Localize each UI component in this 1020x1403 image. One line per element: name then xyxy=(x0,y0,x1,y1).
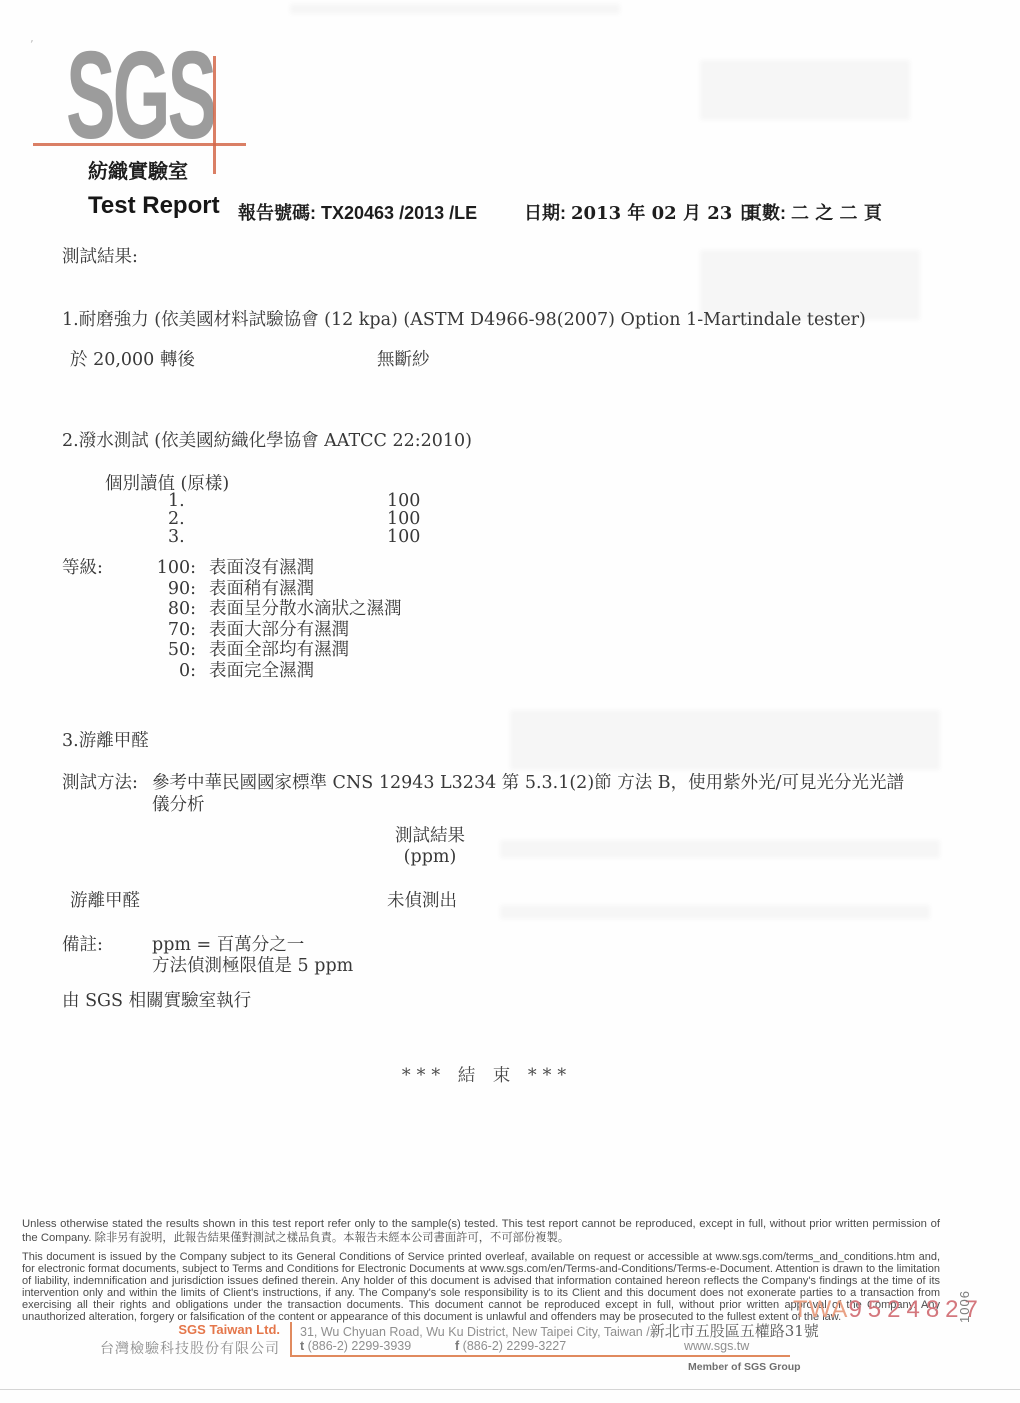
section1-result: 無斷紗 xyxy=(377,346,430,371)
bleedthrough-smudge xyxy=(510,710,940,770)
section1-title: 1.耐磨強力 (依美國材料試驗協會 (12 kpa) (ASTM D4966-9… xyxy=(62,306,866,331)
grade-score: 0: xyxy=(124,661,196,682)
reading-no: 2. xyxy=(168,509,185,529)
test-report-page: ’ SGS 紡織實驗室 Test Report 報告號碼: TX20463 /2… xyxy=(0,0,1020,1403)
result-header-text: 測試結果 xyxy=(330,826,530,847)
note-line2: 方法偵測極限值是 5 ppm xyxy=(152,952,353,977)
website: www.sgs.tw xyxy=(684,1339,749,1353)
grade-score: 50: xyxy=(124,640,196,661)
grade-score: 100: xyxy=(124,558,196,579)
report-number-label: 報告號碼: xyxy=(238,203,316,223)
reading-value: 100 xyxy=(387,491,420,511)
bleedthrough-smudge xyxy=(700,60,910,120)
bleedthrough-smudge xyxy=(290,4,620,14)
bleedthrough-smudge xyxy=(500,905,930,919)
report-date-label: 日期: xyxy=(524,203,566,223)
company-name-zh: 台灣檢驗科技股份有限公司 xyxy=(60,1338,280,1358)
result-column-header: 測試結果 (ppm) xyxy=(330,826,530,868)
grade-desc: 表面沒有濕潤 xyxy=(196,558,402,579)
report-pages-label: 頁數: xyxy=(744,203,786,223)
footer-rule xyxy=(290,1355,790,1357)
section3-title: 3.游離甲醛 xyxy=(62,727,149,752)
report-date-value: 2013 年 02 月 23 日 xyxy=(571,203,757,224)
lab-name: 紡織實驗室 xyxy=(88,155,188,184)
grade-desc: 表面大部分有濕潤 xyxy=(196,620,402,641)
tel-value: (886-2) 2299-3939 xyxy=(308,1339,412,1353)
tel-label: t xyxy=(300,1339,304,1353)
telephone: t (886-2) 2299-3939 xyxy=(300,1339,411,1353)
grade-score: 80: xyxy=(124,599,196,620)
grade-label: 等級: xyxy=(62,558,124,579)
grade-row: 0: 表面完全濕潤 xyxy=(62,661,402,682)
company-name-en: SGS Taiwan Ltd. xyxy=(90,1322,280,1337)
grade-row: 等級: 100: 表面沒有濕潤 xyxy=(62,558,402,579)
report-title: Test Report xyxy=(88,192,220,220)
member-of-group: Member of SGS Group xyxy=(688,1361,801,1373)
note-label: 備註: xyxy=(62,931,103,956)
grade-row: 90: 表面稍有濕潤 xyxy=(62,579,402,600)
fax-value: (886-2) 2299-3227 xyxy=(463,1339,567,1353)
section1-condition: 於 20,000 轉後 xyxy=(70,346,195,371)
section2-title: 2.潑水測試 (依美國紡織化學協會 AATCC 22:2010) xyxy=(62,427,472,452)
report-date: 日期: 2013 年 02 月 23 日 xyxy=(524,199,757,225)
fax-label: f xyxy=(455,1339,459,1353)
logo-crosshair-vertical xyxy=(213,56,216,174)
reading-value: 100 xyxy=(387,527,420,547)
reading-no: 3. xyxy=(168,527,185,547)
method-text-line1: 參考中華民國國家標準 CNS 12943 L3234 第 5.3.1(2)節 方… xyxy=(152,769,904,794)
page-bottom-edge xyxy=(0,1389,1020,1390)
performed-by: 由 SGS 相關實驗室執行 xyxy=(62,987,251,1012)
grade-desc: 表面呈分散水滴狀之濕潤 xyxy=(196,599,402,620)
footer-divider xyxy=(290,1322,292,1356)
fax: f (886-2) 2299-3227 xyxy=(455,1339,566,1353)
end-mark: *** 結 束 *** xyxy=(287,1062,687,1087)
grade-row: 80: 表面呈分散水滴狀之濕潤 xyxy=(62,599,402,620)
grade-row: 70: 表面大部分有濕潤 xyxy=(62,620,402,641)
report-pages: 頁數: 二 之 二 頁 xyxy=(744,199,882,225)
company-address: 31, Wu Chyuan Road, Wu Ku District, New … xyxy=(300,1320,819,1341)
grade-scale: 等級: 100: 表面沒有濕潤 90: 表面稍有濕潤 80: 表面呈分散水滴狀之… xyxy=(62,558,402,682)
stamp-prefix: TWA xyxy=(793,1296,848,1323)
scan-speck: ’ xyxy=(30,38,34,51)
company-address-en: 31, Wu Chyuan Road, Wu Ku District, New … xyxy=(300,1325,650,1339)
grade-desc: 表面全部均有濕潤 xyxy=(196,640,402,661)
reading-value: 100 xyxy=(387,509,420,529)
sgs-logo: SGS xyxy=(66,34,214,158)
method-text-line2: 儀分析 xyxy=(152,791,205,816)
analyte-name: 游離甲醛 xyxy=(70,887,140,912)
report-pages-value: 二 之 二 頁 xyxy=(791,203,882,224)
disclaimer-primary: Unless otherwise stated the results show… xyxy=(22,1218,940,1246)
report-number: 報告號碼: TX20463 /2013 /LE xyxy=(238,199,477,225)
logo-crosshair-horizontal xyxy=(33,143,246,146)
grade-score: 70: xyxy=(124,620,196,641)
side-page-number: 1006 xyxy=(942,1282,986,1326)
grade-row: 50: 表面全部均有濕潤 xyxy=(62,640,402,661)
reading-no: 1. xyxy=(168,491,185,511)
report-number-value: TX20463 /2013 /LE xyxy=(321,203,477,223)
company-address-zh: 新北市五股區五權路31號 xyxy=(650,1322,819,1340)
bleedthrough-smudge xyxy=(500,840,940,858)
grade-desc: 表面完全濕潤 xyxy=(196,661,402,682)
results-heading: 測試結果: xyxy=(62,243,138,268)
analyte-result: 未偵測出 xyxy=(387,887,457,912)
disclaimer-primary-zh: 除非另有說明，此報告結果僅對測試之樣品負責。本報告未經本公司書面許可，不可部份複… xyxy=(95,1232,569,1244)
method-label: 測試方法: xyxy=(62,769,138,794)
grade-desc: 表面稍有濕潤 xyxy=(196,579,402,600)
result-unit: (ppm) xyxy=(330,847,530,868)
grade-score: 90: xyxy=(124,579,196,600)
